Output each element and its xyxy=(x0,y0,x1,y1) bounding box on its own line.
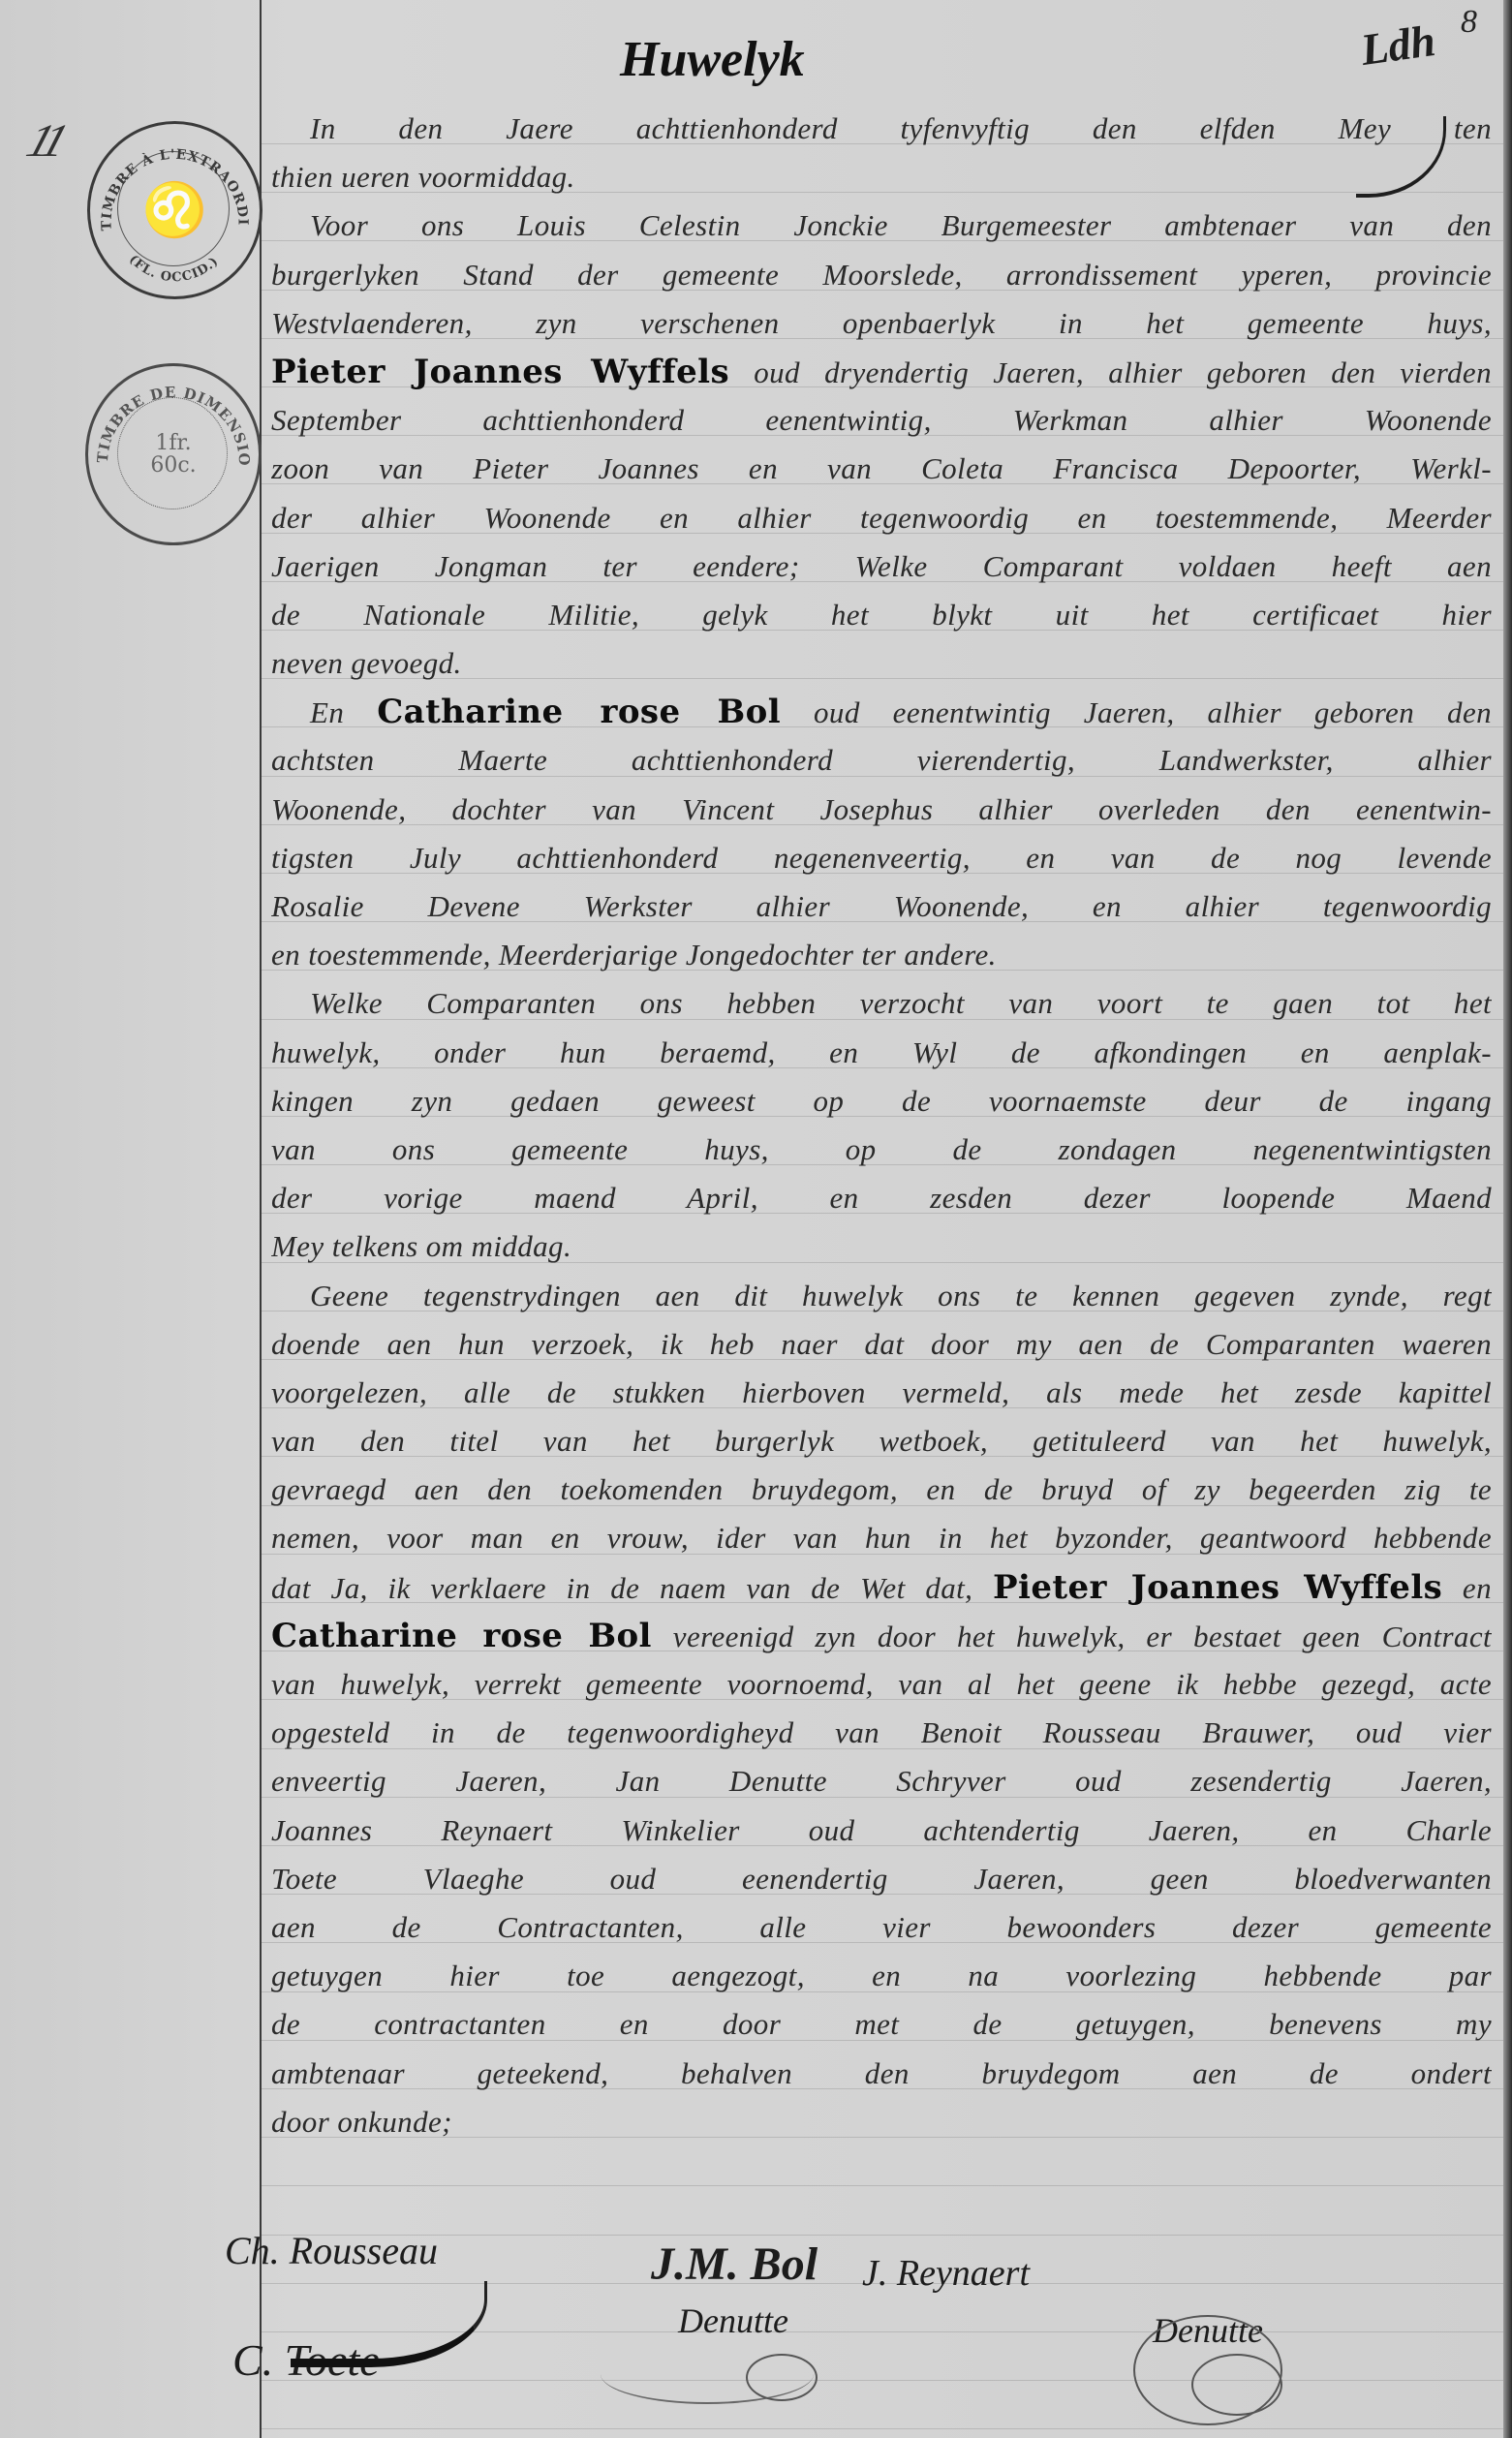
record-line: en toestemmende, Meerderjarige Jongedoch… xyxy=(271,931,1492,979)
record-text: Joannes Reynaert Winkelier oud achtender… xyxy=(271,1813,1492,1847)
record-text: ambtenaar geteekend, behalven den bruyde… xyxy=(271,2056,1492,2090)
record-text: Mey telkens om middag. xyxy=(271,1229,571,1263)
stamp-value-francs: 1fr. xyxy=(150,432,196,454)
record-line: Catharine rose Bol vereenigd zyn door he… xyxy=(271,1612,1492,1660)
record-line: Toete Vlaeghe oud eenendertig Jaeren, ge… xyxy=(271,1855,1492,1903)
record-text: der vorige maend April, en zesden dezer … xyxy=(271,1181,1492,1215)
record-text: opgesteld in de tegenwoordigheyd van Ben… xyxy=(271,1715,1492,1749)
record-text: de contractanten en door met de getuygen… xyxy=(271,2007,1492,2041)
ruled-line xyxy=(262,2235,1503,2236)
record-text: Rosalie Devene Werkster alhier Woonende,… xyxy=(271,889,1492,923)
record-text: zoon van Pieter Joannes en van Coleta Fr… xyxy=(271,451,1492,485)
record-text: nemen, voor man en vrouw, ider van hun i… xyxy=(271,1521,1492,1555)
record-line: tigsten July achttienhonderd negenenveer… xyxy=(271,834,1492,882)
record-line: Woonende, dochter van Vincent Josephus a… xyxy=(271,786,1492,834)
record-text: enveertig Jaeren, Jan Denutte Schryver o… xyxy=(271,1764,1492,1798)
record-text: gevraegd aen den toekomenden bruydegom, … xyxy=(271,1472,1492,1506)
record-line: thien ueren voormiddag. xyxy=(271,153,1492,201)
ruled-line xyxy=(262,2185,1503,2186)
record-line: getuygen hier toe aengezogt, en na voorl… xyxy=(271,1952,1492,2000)
party-name: Catharine rose Bol xyxy=(377,693,781,731)
record-text: oud eenentwintig Jaeren, alhier geboren … xyxy=(781,695,1492,729)
margin-initials: Ldh xyxy=(1358,15,1438,76)
record-line: September achttienhonderd eenentwintig, … xyxy=(271,396,1492,445)
ruled-line xyxy=(262,2380,1503,2381)
record-line: huwelyk, onder hun beraemd, en Wyl de af… xyxy=(271,1029,1492,1077)
record-text: en toestemmende, Meerderjarige Jongedoch… xyxy=(271,938,997,972)
record-text: voorgelezen, alle de stukken hierboven v… xyxy=(271,1375,1492,1409)
record-line: voorgelezen, alle de stukken hierboven v… xyxy=(271,1369,1492,1417)
record-text: huwelyk, onder hun beraemd, en Wyl de af… xyxy=(271,1035,1492,1069)
margin-rule xyxy=(260,0,262,2438)
record-line: aen de Contractanten, alle vier bewoonde… xyxy=(271,1903,1492,1952)
record-text: Toete Vlaeghe oud eenendertig Jaeren, ge… xyxy=(271,1862,1492,1896)
record-text: doende aen hun verzoek, ik heb naer dat … xyxy=(271,1327,1492,1361)
record-line: van den titel van het burgerlyk wetboek,… xyxy=(271,1417,1492,1466)
tax-stamp-extraordinaire: TIMBRE À L'EXTRAORDINAIRE (FL. OCCID.) ♌ xyxy=(87,121,262,299)
record-line: der vorige maend April, en zesden dezer … xyxy=(271,1174,1492,1222)
record-line: Welke Comparanten ons hebben verzocht va… xyxy=(271,979,1492,1028)
signature-witness-denutte: Denutte xyxy=(678,2300,788,2341)
record-text: vereenigd zyn door het huwelyk, er besta… xyxy=(652,1620,1492,1653)
mayor-flourish-loop-2 xyxy=(1191,2354,1282,2416)
record-line: achtsten Maerte achttienhonderd vierende… xyxy=(271,736,1492,785)
record-line: van ons gemeente huys, op de zondagen ne… xyxy=(271,1126,1492,1174)
record-line: nemen, voor man en vrouw, ider van hun i… xyxy=(271,1514,1492,1562)
stamp-value-centimes: 60c. xyxy=(150,454,196,477)
record-line: doende aen hun verzoek, ik heb naer dat … xyxy=(271,1320,1492,1369)
record-text: neven gevoegd. xyxy=(271,646,462,680)
record-text: In den Jaere achttienhonderd tyfenvyftig… xyxy=(310,111,1492,145)
record-line: Joannes Reynaert Winkelier oud achtender… xyxy=(271,1806,1492,1855)
record-line: dat Ja, ik verklaere in de naem van de W… xyxy=(271,1563,1492,1612)
record-text: Welke Comparanten ons hebben verzocht va… xyxy=(310,986,1492,1020)
record-text: achtsten Maerte achttienhonderd vierende… xyxy=(271,743,1492,777)
document-heading: Huwelyk xyxy=(620,31,805,88)
stamp-value: 1fr. 60c. xyxy=(150,432,196,477)
record-text: Jaerigen Jongman ter eendere; Welke Comp… xyxy=(271,549,1492,583)
page-edge-shadow xyxy=(1503,0,1512,2438)
record-line: de Nationale Militie, gelyk het blykt ui… xyxy=(271,591,1492,639)
record-text: oud dryendertig Jaeren, alhier geboren d… xyxy=(729,355,1492,389)
record-text: der alhier Woonende en alhier tegenwoord… xyxy=(271,501,1492,535)
signature-witness-rousseau: Ch. Rousseau xyxy=(225,2228,438,2273)
record-line: Pieter Joannes Wyffels oud dryendertig J… xyxy=(271,348,1492,396)
record-text: van den titel van het burgerlyk wetboek,… xyxy=(271,1424,1492,1458)
svg-text:(FL. OCCID.): (FL. OCCID.) xyxy=(126,252,222,285)
record-line: Geene tegenstrydingen aen dit huwelyk on… xyxy=(271,1272,1492,1320)
record-line: opgesteld in de tegenwoordigheyd van Ben… xyxy=(271,1709,1492,1757)
record-line: Rosalie Devene Werkster alhier Woonende,… xyxy=(271,882,1492,931)
record-line: Jaerigen Jongman ter eendere; Welke Comp… xyxy=(271,542,1492,591)
record-line: Westvlaenderen, zyn verschenen openbaerl… xyxy=(271,299,1492,348)
record-text: burgerlyken Stand der gemeente Moorslede… xyxy=(271,258,1492,292)
record-text: Geene tegenstrydingen aen dit huwelyk on… xyxy=(310,1279,1492,1312)
record-text: en xyxy=(1442,1571,1492,1605)
record-text: getuygen hier toe aengezogt, en na voorl… xyxy=(271,1959,1492,1992)
record-line: enveertig Jaeren, Jan Denutte Schryver o… xyxy=(271,1757,1492,1805)
record-text: van huwelyk, verrekt gemeente voornoemd,… xyxy=(271,1667,1492,1701)
signature-bride-bol: J.M. Bol xyxy=(651,2237,818,2291)
record-text: de Nationale Militie, gelyk het blykt ui… xyxy=(271,598,1492,632)
record-text: aen de Contractanten, alle vier bewoonde… xyxy=(271,1910,1492,1944)
tax-stamp-dimension: TIMBRE DE DIMENSION 1fr. 60c. xyxy=(85,363,262,545)
record-text: Woonende, dochter van Vincent Josephus a… xyxy=(271,792,1492,826)
record-text: Westvlaenderen, zyn verschenen openbaerl… xyxy=(271,306,1492,340)
signature-flourish-loop xyxy=(746,2354,818,2401)
page-number: 8 xyxy=(1461,4,1477,41)
record-text: Voor ons Louis Celestin Jonckie Burgemee… xyxy=(310,208,1492,242)
record-line: door onkunde; xyxy=(271,2098,1492,2146)
record-body: In den Jaere achttienhonderd tyfenvyftig… xyxy=(271,105,1492,2146)
party-name: Pieter Joannes Wyffels xyxy=(993,1568,1442,1607)
lion-emblem-icon: ♌ xyxy=(142,183,207,238)
record-line: zoon van Pieter Joannes en van Coleta Fr… xyxy=(271,445,1492,493)
record-text: door onkunde; xyxy=(271,2105,452,2139)
record-line: van huwelyk, verrekt gemeente voornoemd,… xyxy=(271,1660,1492,1709)
record-line: Mey telkens om middag. xyxy=(271,1222,1492,1271)
record-text: kingen zyn gedaen geweest op de voornaem… xyxy=(271,1084,1492,1118)
record-line: neven gevoegd. xyxy=(271,639,1492,688)
record-text: dat Ja, ik verklaere in de naem van de W… xyxy=(271,1571,993,1605)
record-line: der alhier Woonende en alhier tegenwoord… xyxy=(271,494,1492,542)
record-line: de contractanten en door met de getuygen… xyxy=(271,2000,1492,2049)
record-line: ambtenaar geteekend, behalven den bruyde… xyxy=(271,2050,1492,2098)
record-text: September achttienhonderd eenentwintig, … xyxy=(271,403,1492,437)
record-text: van ons gemeente huys, op de zondagen ne… xyxy=(271,1132,1492,1166)
record-line: En Catharine rose Bol oud eenentwintig J… xyxy=(271,688,1492,736)
party-name: Pieter Joannes Wyffels xyxy=(271,353,729,391)
record-text: tigsten July achttienhonderd negenenveer… xyxy=(271,841,1492,875)
record-line: burgerlyken Stand der gemeente Moorslede… xyxy=(271,251,1492,299)
record-text: thien ueren voormiddag. xyxy=(271,160,575,194)
record-line: kingen zyn gedaen geweest op de voornaem… xyxy=(271,1077,1492,1126)
record-text: En xyxy=(310,695,377,729)
party-name: Catharine rose Bol xyxy=(271,1617,652,1655)
record-line: gevraegd aen den toekomenden bruydegom, … xyxy=(271,1466,1492,1514)
record-line: In den Jaere achttienhonderd tyfenvyftig… xyxy=(271,105,1492,153)
signature-witness-reynaert: J. Reynaert xyxy=(862,2252,1030,2295)
record-line: Voor ons Louis Celestin Jonckie Burgemee… xyxy=(271,201,1492,250)
ruled-line xyxy=(262,2428,1503,2429)
